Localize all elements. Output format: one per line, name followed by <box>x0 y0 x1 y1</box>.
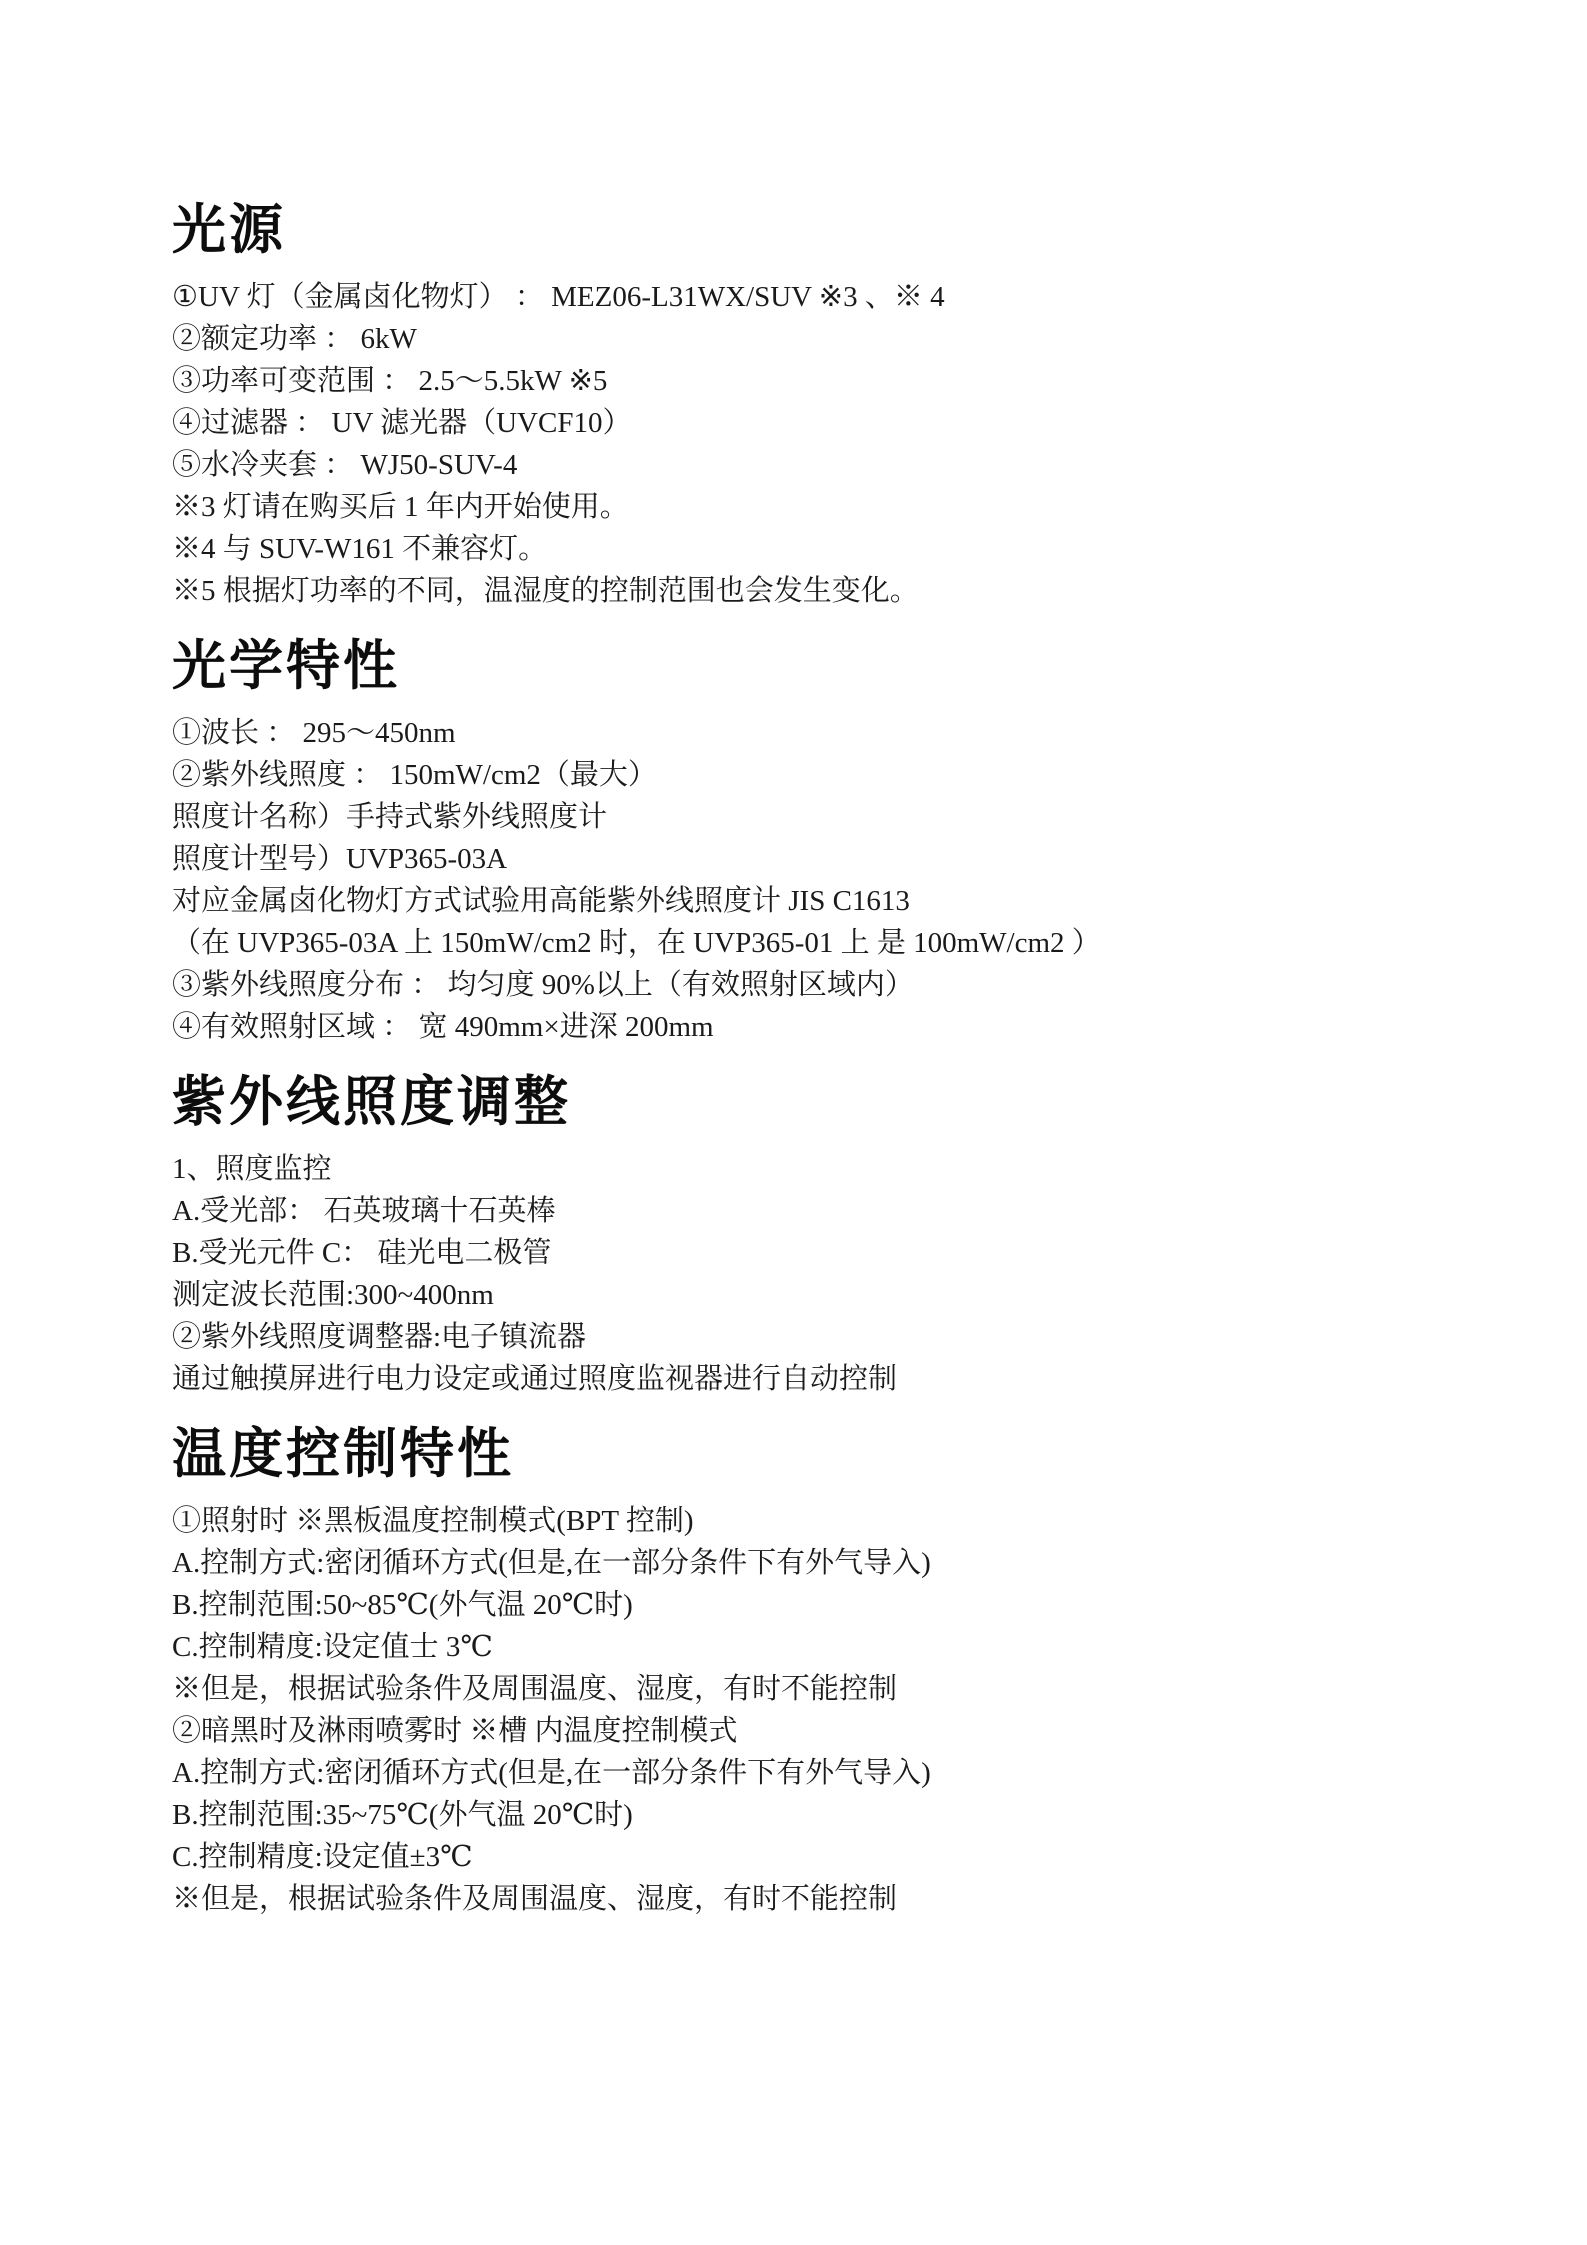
section-title-light-source: 光源 <box>172 200 1467 260</box>
spec-line: B.控制范围:50~85℃(外气温 20℃时) <box>172 1584 1467 1626</box>
spec-footnote: ※5 根据灯功率的不同，温湿度的控制范围也会发生变化。 <box>172 570 1467 612</box>
spec-line: B.控制范围:35~75℃(外气温 20℃时) <box>172 1794 1467 1836</box>
spec-line: 1、照度监控 <box>172 1148 1467 1190</box>
spec-line: A.受光部： 石英玻璃十石英棒 <box>172 1190 1467 1232</box>
spec-line: ①照射时 ※黑板温度控制模式(BPT 控制) <box>172 1500 1467 1542</box>
spec-footnote: ※3 灯请在购买后 1 年内开始使用。 <box>172 486 1467 528</box>
spec-line: 测定波长范围:300~400nm <box>172 1274 1467 1316</box>
spec-footnote: ※4 与 SUV-W161 不兼容灯。 <box>172 528 1467 570</box>
spec-line: ②额定功率 ： 6kW <box>172 318 1467 360</box>
spec-line: 照度计型号）UVP365-03A <box>172 838 1467 880</box>
spec-line: ①UV 灯（金属卤化物灯） ： MEZ06-L31WX/SUV ※3 、※ 4 <box>172 276 1467 318</box>
section-title-optical-characteristics: 光学特性 <box>172 636 1467 696</box>
spec-line: 照度计名称）手持式紫外线照度计 <box>172 796 1467 838</box>
section-light-source: 光源 ①UV 灯（金属卤化物灯） ： MEZ06-L31WX/SUV ※3 、※… <box>172 200 1467 612</box>
spec-line: C.控制精度:设定值±3℃ <box>172 1836 1467 1878</box>
spec-line: A.控制方式:密闭循环方式(但是,在一部分条件下有外气导入) <box>172 1752 1467 1794</box>
spec-line: ①波长 ： 295～450nm <box>172 712 1467 754</box>
spec-line: 通过触摸屏进行电力设定或通过照度监视器进行自动控制 <box>172 1358 1467 1400</box>
spec-line: ②紫外线照度调整器:电子镇流器 <box>172 1316 1467 1358</box>
section-uv-illuminance-adjustment: 紫外线照度调整 1、照度监控 A.受光部： 石英玻璃十石英棒 B.受光元件 C：… <box>172 1072 1467 1400</box>
spec-line: ②暗黑时及淋雨喷雾时 ※槽 内温度控制模式 <box>172 1710 1467 1752</box>
spec-line: B.受光元件 C： 硅光电二极管 <box>172 1232 1467 1274</box>
spec-line: 对应金属卤化物灯方式试验用高能紫外线照度计 JIS C1613 <box>172 880 1467 922</box>
document-page: 光源 ①UV 灯（金属卤化物灯） ： MEZ06-L31WX/SUV ※3 、※… <box>0 0 1587 2245</box>
spec-line: A.控制方式:密闭循环方式(但是,在一部分条件下有外气导入) <box>172 1542 1467 1584</box>
spec-footnote: ※但是，根据试验条件及周围温度、湿度，有时不能控制 <box>172 1668 1467 1710</box>
section-title-temperature-control: 温度控制特性 <box>172 1424 1467 1484</box>
spec-line: C.控制精度:设定值士 3℃ <box>172 1626 1467 1668</box>
spec-line: ④过滤器 ： UV 滤光器（UVCF10） <box>172 402 1467 444</box>
section-title-uv-illuminance-adjustment: 紫外线照度调整 <box>172 1072 1467 1132</box>
section-optical-characteristics: 光学特性 ①波长 ： 295～450nm ②紫外线照度 ： 150mW/cm2（… <box>172 636 1467 1048</box>
spec-line: ④有效照射区域 ： 宽 490mm×进深 200mm <box>172 1006 1467 1048</box>
spec-footnote: ※但是，根据试验条件及周围温度、湿度，有时不能控制 <box>172 1878 1467 1920</box>
spec-line: ②紫外线照度 ： 150mW/cm2（最大） <box>172 754 1467 796</box>
spec-line: ⑤水冷夹套 ： WJ50-SUV-4 <box>172 444 1467 486</box>
spec-line: ③功率可变范围 ： 2.5～5.5kW ※5 <box>172 360 1467 402</box>
spec-line: （在 UVP365-03A 上 150mW/cm2 时，在 UVP365-01 … <box>172 922 1467 964</box>
spec-line: ③紫外线照度分布 ： 均匀度 90%以上（有效照射区域内） <box>172 964 1467 1006</box>
section-temperature-control: 温度控制特性 ①照射时 ※黑板温度控制模式(BPT 控制) A.控制方式:密闭循… <box>172 1424 1467 1920</box>
